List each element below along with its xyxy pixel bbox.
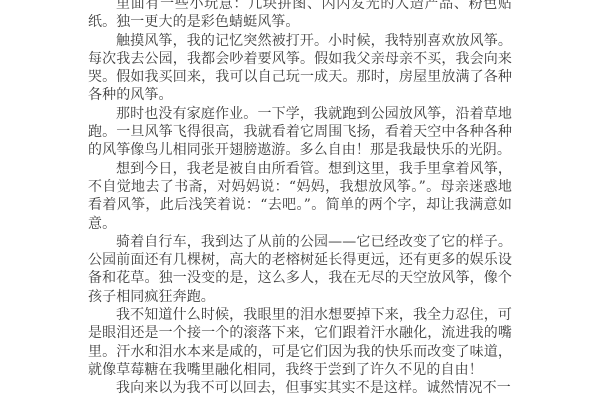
paragraph-2: 触摸风筝，我的记忆突然被打开。小时候，我特别喜欢放风筝。每次我去公园，我都会吵着…: [88, 32, 512, 105]
paragraph-4: 想到今日，我老是被自由所看管。想到这里，我手里拿着风筝，不自觉地去了书斋，对妈妈…: [88, 160, 512, 233]
essay-text-column: 里面有一些小玩意：几块拼图、闪闪发光的人造产品、粉色贴纸。独一更大的是彩色蜻蜓风…: [88, 0, 512, 398]
paragraph-3: 那时也没有家庭作业。一下学，我就跑到公园放风筝，沿着草地跑。一旦风筝飞得很高，我…: [88, 105, 512, 160]
paragraph-6: 我不知道什么时候，我眼里的泪水想要掉下来，我全力忍住，可是眼泪还是一个接一个的滚…: [88, 306, 512, 379]
paragraph-5: 骑着自行车，我到达了从前的公园——它已经改变了它的样子。公园前面还有几棵树，高大…: [88, 233, 512, 306]
paragraph-1: 里面有一些小玩意：几块拼图、闪闪发光的人造产品、粉色贴纸。独一更大的是彩色蜻蜓风…: [88, 0, 512, 32]
document-page: 里面有一些小玩意：几块拼图、闪闪发光的人造产品、粉色贴纸。独一更大的是彩色蜻蜓风…: [0, 0, 600, 400]
paragraph-7: 我向来以为我不可以回去，但事实其实不是这样。诚然情况不一: [88, 379, 512, 397]
